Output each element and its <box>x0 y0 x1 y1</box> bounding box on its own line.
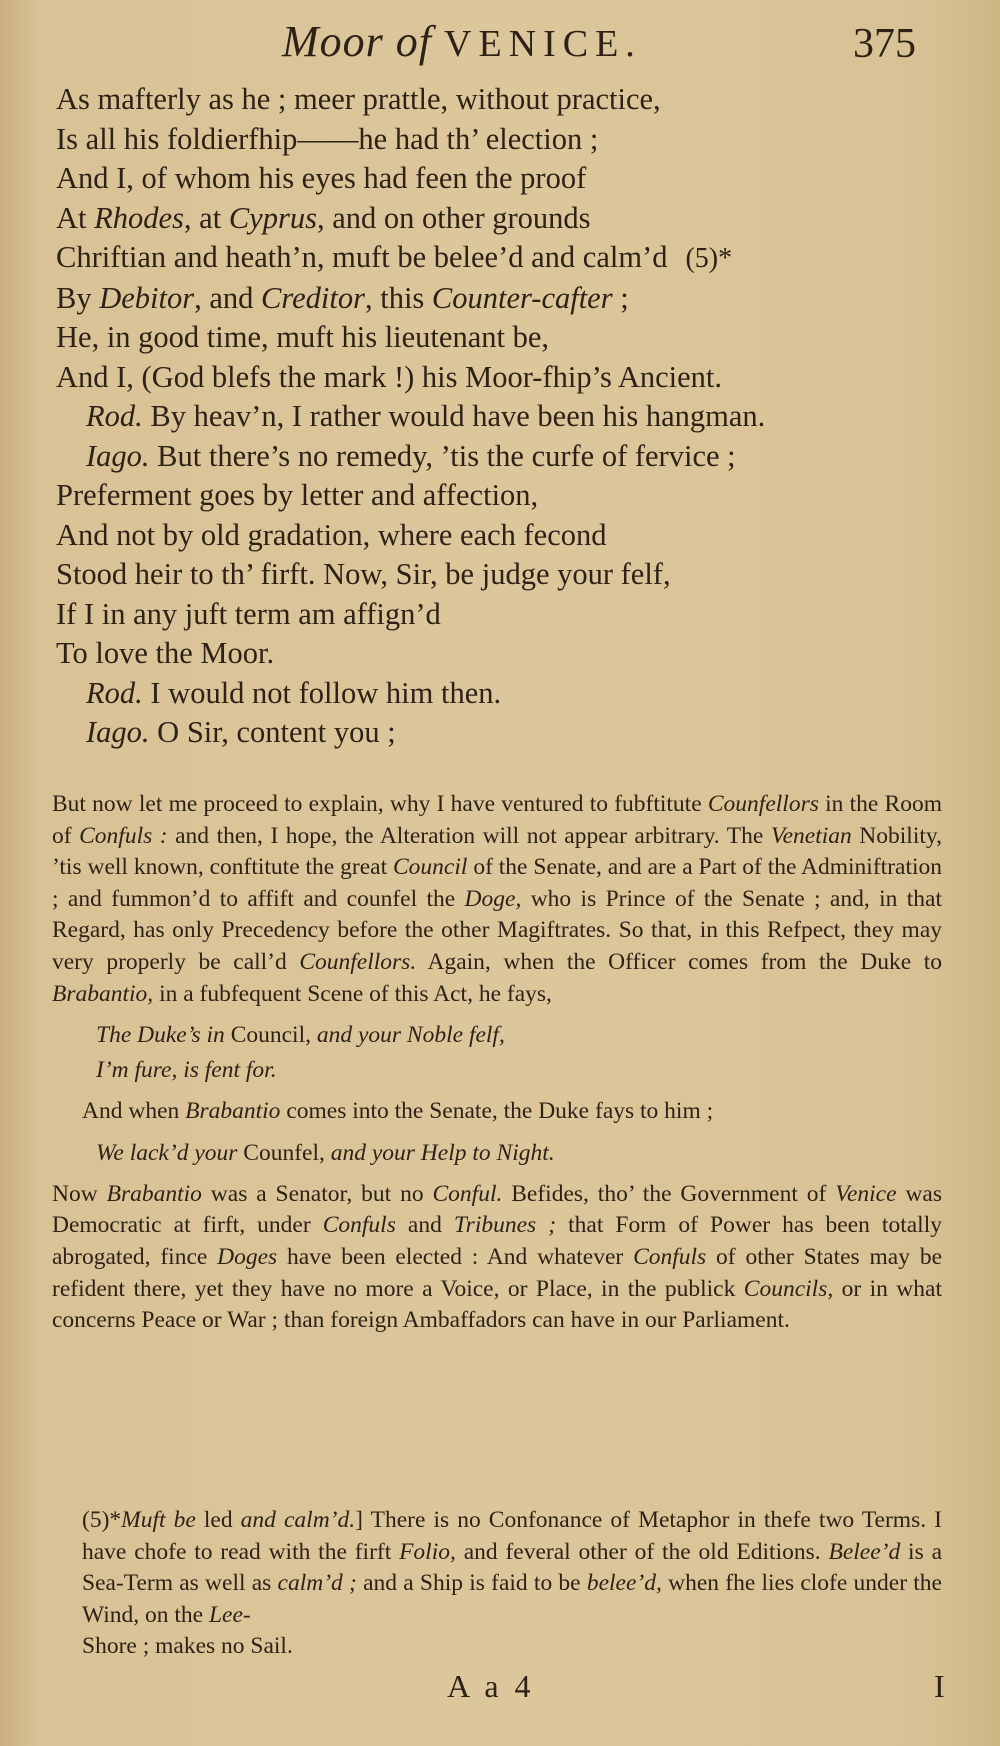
text-run: Chriftian and heath’n, muft be belee’d a… <box>56 240 667 274</box>
verse-line: At Rhodes, at Cyprus, and on other groun… <box>56 199 956 239</box>
italic-term: Counfellors <box>708 791 819 817</box>
italic-term: Council <box>393 854 467 880</box>
text-run: and then, I hope, the Alteration will no… <box>168 823 771 849</box>
verse-line: By Debitor, and Creditor, this Counter-c… <box>56 279 956 319</box>
text-run: Again, when the Officer comes from the D… <box>416 949 942 975</box>
text-run: in a fubfequent Scene of this Act, he fa… <box>153 981 552 1007</box>
speaker-name: Iago. <box>86 715 150 749</box>
text-run: I would not follow him then. <box>143 676 501 710</box>
text-run: Shore ; makes no Sail. <box>82 1633 293 1659</box>
verse-block: As mafterly as he ; meer prattle, withou… <box>56 80 956 753</box>
text-run: And when <box>82 1098 185 1124</box>
italic-term: Debitor <box>99 281 194 315</box>
italic-term: belee’d, <box>587 1570 662 1596</box>
block-quote: The Duke’s in Council, and your Noble fe… <box>52 1018 942 1088</box>
running-title-caps: VENICE. <box>444 23 642 65</box>
italic-term: Conful. <box>432 1181 502 1207</box>
italic-term: and your Help to Night. <box>331 1140 555 1166</box>
text-run: and feveral other of the old Editions. <box>456 1539 829 1565</box>
text-run: , and <box>194 281 261 315</box>
text-run: , and on other grounds <box>317 201 591 235</box>
text-run: At <box>56 201 94 235</box>
footnote-reference[interactable]: (5)* <box>685 243 732 274</box>
italic-term: Doges <box>217 1244 277 1270</box>
text-run: led <box>196 1507 241 1533</box>
verse-line: And I, (God blefs the mark !) his Moor-f… <box>56 358 956 398</box>
running-title: Moor of VENICE. <box>282 16 642 67</box>
italic-term: Counfellors. <box>299 949 416 975</box>
verse-line: Iago. O Sir, content you ; <box>56 713 956 753</box>
footnote: (5)*Muft be led and calm’d.] There is no… <box>52 1505 942 1663</box>
speaker-name: Iago. <box>86 439 150 473</box>
text-run: Now <box>52 1181 107 1207</box>
commentary-paragraph: But now let me proceed to explain, why I… <box>52 789 942 1010</box>
italic-term: The Duke’s in <box>96 1022 225 1048</box>
text-run: , at <box>184 201 229 235</box>
italic-term: Councils, <box>744 1276 833 1302</box>
italic-term: Muft be <box>121 1507 196 1533</box>
block-quote: We lack’d your Counfel, and your Help to… <box>52 1136 942 1171</box>
verse-line: As mafterly as he ; meer prattle, withou… <box>56 80 956 120</box>
italic-term: calm’d ; <box>278 1570 357 1596</box>
italic-term: Brabantio <box>185 1098 280 1124</box>
text-run: O Sir, content you ; <box>150 715 396 749</box>
commentary-block: But now let me proceed to explain, why I… <box>52 789 942 1337</box>
italic-term: Venice <box>835 1181 896 1207</box>
verse-line: Stood heir to th’ firft. Now, Sir, be ju… <box>56 555 956 595</box>
running-header: Moor of VENICE. 375 <box>0 12 1000 72</box>
commentary-paragraph: And when Brabantio comes into the Senate… <box>52 1096 942 1128</box>
text-run: comes into the Senate, the Duke fays to … <box>280 1098 713 1124</box>
verse-line: He, in good time, muft his lieutenant be… <box>56 318 956 358</box>
italic-term: Confuls <box>633 1244 706 1270</box>
catchword: I <box>934 1668 945 1705</box>
verse-line: Chriftian and heath’n, muft be belee’d a… <box>56 238 956 279</box>
verse-line: To love the Moor. <box>56 634 956 674</box>
text-run: and a Ship is faid to be <box>357 1570 587 1596</box>
place-name: Rhodes <box>94 201 184 235</box>
italic-term: and your Noble felf, <box>317 1022 505 1048</box>
italic-term: Lee- <box>209 1602 251 1628</box>
italic-term: Counter-cafter <box>432 281 613 315</box>
verse-line: Preferment goes by letter and affection, <box>56 476 956 516</box>
text-run: But now let me proceed to explain, why I… <box>52 791 708 817</box>
text-run: and <box>396 1212 454 1238</box>
speaker-name: Rod. <box>86 676 143 710</box>
italic-term: Creditor <box>261 281 365 315</box>
verse-line: Rod. I would not follow him then. <box>56 674 956 714</box>
text-run: , this <box>365 281 432 315</box>
footnote-marker: (5)* <box>82 1507 121 1533</box>
italic-term: and calm’d. <box>241 1507 355 1533</box>
text-run: Counfel, <box>237 1140 330 1166</box>
verse-line: Is all his foldierfhip——he had th’ elect… <box>56 120 956 160</box>
verse-line: If I in any juft term am affign’d <box>56 595 956 635</box>
verse-line: Iago. But there’s no remedy, ’tis the cu… <box>56 437 956 477</box>
italic-term: I’m fure, is fent for. <box>96 1057 277 1083</box>
verse-line: And not by old gradation, where each fec… <box>56 516 956 556</box>
italic-term: Belee’d <box>828 1539 900 1565</box>
text-run: By <box>56 281 99 315</box>
place-name: Cyprus <box>229 201 317 235</box>
running-title-italic: Moor of <box>282 17 432 66</box>
italic-term: Tribunes ; <box>454 1212 556 1238</box>
book-page: Moor of VENICE. 375 As mafterly as he ; … <box>0 0 1000 1746</box>
text-run: have been elected : And whatever <box>277 1244 633 1270</box>
italic-term: Brabantio, <box>52 981 153 1007</box>
italic-term: Folio, <box>399 1539 456 1565</box>
italic-term: Venetian <box>771 823 852 849</box>
commentary-paragraph: Now Brabantio was a Senator, but no Conf… <box>52 1179 942 1337</box>
text-run: Befides, tho’ the Government of <box>502 1181 835 1207</box>
verse-line: Rod. By heav’n, I rather would have been… <box>56 397 956 437</box>
text-run: was a Senator, but no <box>202 1181 433 1207</box>
italic-term: Doge, <box>465 886 522 912</box>
speaker-name: Rod. <box>86 399 143 433</box>
italic-term: We lack’d your <box>96 1140 237 1166</box>
text-run: But there’s no remedy, ’tis the curfe of… <box>150 439 736 473</box>
italic-term: Brabantio <box>107 1181 202 1207</box>
verse-line: And I, of whom his eyes had feen the pro… <box>56 159 956 199</box>
footnote-paragraph: (5)*Muft be led and calm’d.] There is no… <box>52 1505 942 1663</box>
text-run: ; <box>613 281 629 315</box>
italic-term: Confuls : <box>79 823 167 849</box>
page-number: 375 <box>853 20 916 68</box>
text-run: By heav’n, I rather would have been his … <box>143 399 766 433</box>
italic-term: Confuls <box>323 1212 396 1238</box>
text-run: Council, <box>225 1022 317 1048</box>
signature-mark: A a 4 <box>447 1668 535 1705</box>
